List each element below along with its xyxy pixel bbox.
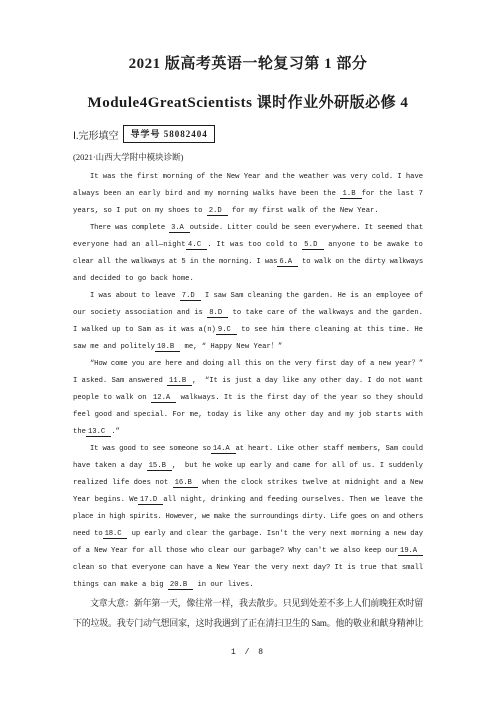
- cloze-line: There was complete 3.Aoutside. Litter co…: [90, 220, 423, 237]
- source-note: (2021·山西大学附中模块诊断): [73, 151, 184, 163]
- cloze-text: It was the first morning of the New Year…: [73, 169, 423, 594]
- cloze-line: have taken a day 15.B, but he woke up ea…: [73, 458, 423, 475]
- cloze-blank: 14.A: [211, 445, 236, 454]
- summary-line: 文章大意：新年第一天，像往常一样，我去散步。只见到处差不多上人们前晚狂欢时留: [90, 594, 423, 614]
- cloze-line: and decided to go back home.: [73, 271, 194, 288]
- cloze-line: It was the first morning of the New Year…: [90, 169, 423, 186]
- page-number: 1 / 8: [0, 648, 496, 657]
- cloze-blank: 10.B: [155, 343, 180, 352]
- cloze-blank: 16.B: [173, 479, 198, 488]
- cloze-line: I was about to leave 7.D I saw Sam clean…: [90, 288, 423, 305]
- cloze-line: I walked up to Sam as it was a(n)9.C to …: [73, 322, 423, 339]
- section-label: Ⅰ.完形填空: [73, 127, 118, 142]
- summary-text: 文章大意：新年第一天，像往常一样，我去散步。只见到处差不多上人们前晚狂欢时留下的…: [73, 594, 423, 633]
- cloze-blank: 2.D: [207, 207, 228, 216]
- cloze-line: clean so that everyone can have a New Ye…: [73, 560, 423, 577]
- section-row: Ⅰ.完形填空 导学号 58082404: [73, 125, 215, 143]
- cloze-line: everyone had an all—night4.C. It was too…: [73, 237, 423, 254]
- summary-line: 下的垃圾。我专门动气想回家，这时我遇到了正在清扫卫生的 Sam。他的敬业和献身精…: [73, 614, 423, 634]
- cloze-line: It was good to see someone so14.Aat hear…: [90, 441, 423, 458]
- cloze-blank: 1.B: [340, 190, 361, 199]
- cloze-blank: 15.B: [147, 462, 172, 471]
- cloze-blank: 11.B: [167, 377, 192, 386]
- cloze-line: always been an early bird and my morning…: [73, 186, 423, 203]
- cloze-line: feel good and special. For me, today is …: [73, 407, 423, 424]
- cloze-line: of a New Year for all those who clear ou…: [73, 543, 423, 560]
- cloze-blank: 17.D: [138, 496, 163, 505]
- cloze-line: clear all the walkways at 5 in the morni…: [73, 254, 423, 271]
- cloze-line: need to18.C up early and clear the garba…: [73, 526, 423, 543]
- guide-number-box: 导学号 58082404: [123, 125, 214, 143]
- document-page: 2021 版高考英语一轮复习第 1 部分 Module4GreatScienti…: [0, 0, 496, 702]
- cloze-blank: 20.B: [168, 581, 193, 590]
- cloze-line: our society association and is 8.D to ta…: [73, 305, 423, 322]
- cloze-blank: 3.A: [169, 224, 190, 233]
- cloze-blank: 6.A: [277, 258, 298, 267]
- cloze-blank: 7.D: [180, 292, 201, 301]
- cloze-line: “How come you are here and doing all thi…: [90, 356, 423, 373]
- guide-number-label: 导学号 58082404: [130, 129, 207, 139]
- cloze-line: the13.C.”: [73, 424, 120, 441]
- cloze-line: years, so I put on my shoes to 2.D for m…: [73, 203, 379, 220]
- cloze-line: I asked. Sam answered 11.B, “It is just …: [73, 373, 423, 390]
- page-title: 2021 版高考英语一轮复习第 1 部分: [0, 52, 496, 73]
- cloze-blank: 13.C: [86, 428, 111, 437]
- cloze-blank: 4.C: [186, 241, 208, 250]
- cloze-blank: 8.D: [207, 309, 228, 318]
- cloze-line: realized life does not 16.B when the clo…: [73, 475, 423, 492]
- cloze-blank: 19.A: [398, 547, 423, 556]
- cloze-line: place in high spirits. However, we make …: [73, 509, 423, 526]
- page-subtitle: Module4GreatScientists 课时作业外研版必修 4: [0, 91, 496, 112]
- cloze-blank: 12.A: [151, 394, 176, 403]
- cloze-line: saw me and politely10.B me, “ Happy New …: [73, 339, 282, 356]
- cloze-blank: 18.C: [103, 530, 128, 539]
- cloze-blank: 5.D: [302, 241, 324, 250]
- cloze-line: things can make a big 20.B in our lives.: [73, 577, 254, 594]
- cloze-line: people to walk on 12.A walkways. It is t…: [73, 390, 423, 407]
- cloze-blank: 9.C: [216, 326, 237, 335]
- cloze-line: Year begins. We17.Dall night, drinking a…: [73, 492, 423, 509]
